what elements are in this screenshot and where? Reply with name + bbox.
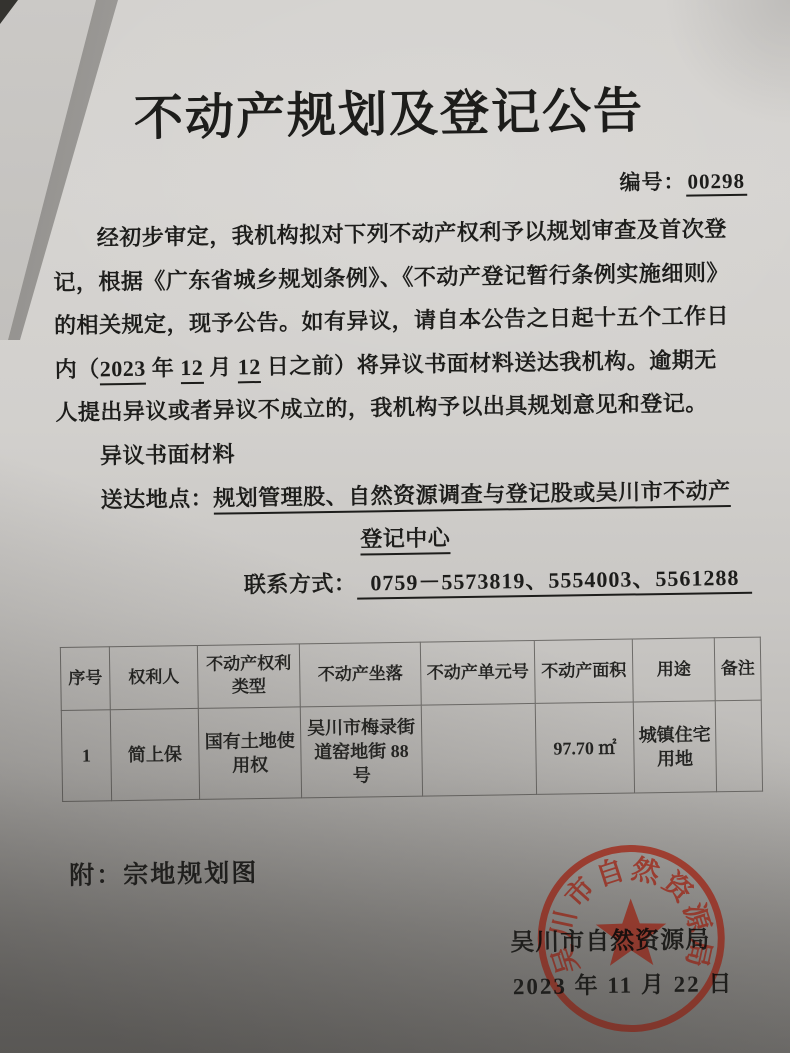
body-text: 记，根据《广东省城乡规划条例》、《不动产登记暂行条例实施细则》 (53, 260, 729, 295)
body-line: 联系方式：0759－5573819、5554003、5561288 (58, 555, 755, 609)
table-cell: 城镇住宅用地 (633, 701, 716, 793)
body-text: 年 (146, 355, 181, 381)
table-cell: 吴川市梅录街道窑地街 88 号 (300, 705, 422, 798)
notice-number-label: 编号： (619, 170, 685, 195)
notice-document: 不动产规划及登记公告 编号：00298 经初步审定，我机构拟对下列不动产权利予以… (0, 0, 790, 1053)
table-cell (715, 700, 762, 792)
table-row: 1简上保国有土地使用权吴川市梅录街道窑地街 88 号97.70 ㎡城镇住宅用地 (61, 700, 762, 801)
table-cell: 国有土地使用权 (198, 707, 301, 800)
body-text: 经初步审定，我机构拟对下列不动产权利予以规划审查及首次登 (97, 216, 727, 250)
column-header: 不动产坐落 (299, 642, 421, 707)
underlined-text: 12 (238, 354, 261, 383)
underlined-text: 规划管理股、自然资源调查与登记股或吴川市不动产 (213, 478, 731, 515)
table-cell (421, 703, 536, 796)
notice-number-value: 00298 (685, 169, 747, 197)
parcel-table: 序号权利人不动产权利类型不动产坐落不动产单元号不动产面积用途备注1简上保国有土地… (60, 637, 763, 802)
body-text: 人提出异议或者异议不成立的，我机构予以出具规划意见和登记。 (55, 391, 708, 426)
seal-ring-char: 自 (592, 854, 628, 893)
attachment-note: 附：宗地规划图 (69, 853, 259, 892)
table-cell: 简上保 (110, 708, 199, 800)
seal-ring-char: 源 (677, 899, 716, 936)
body-text: 联系方式： (244, 570, 357, 597)
official-seal: 吴川市自然资源局 (528, 835, 735, 1042)
underlined-text: 登记中心 (360, 525, 450, 555)
body-text: 内（ (55, 356, 100, 382)
column-header: 不动产面积 (534, 639, 633, 703)
table-cell: 97.70 ㎡ (535, 702, 634, 794)
underlined-text: 2023 (100, 355, 146, 385)
column-header: 备注 (714, 637, 761, 701)
star-icon (595, 898, 666, 966)
body-text: 送达地点： (100, 485, 213, 512)
body-text: 的相关规定，现予公告。如有异议，请自本公告之日起十五个工作日 (54, 303, 729, 338)
table-header-row: 序号权利人不动产权利类型不动产坐落不动产单元号不动产面积用途备注 (60, 637, 761, 710)
notice-body: 经初步审定，我机构拟对下列不动产权利予以规划审查及首次登记，根据《广东省城乡规划… (52, 207, 754, 610)
seal-ring-char: 川 (547, 907, 583, 941)
column-header: 序号 (60, 647, 110, 711)
page-title: 不动产规划及登记公告 (0, 70, 784, 152)
column-header: 用途 (632, 638, 715, 702)
column-header: 不动产单元号 (420, 640, 535, 705)
body-text: 月 (203, 354, 238, 380)
column-header: 权利人 (109, 645, 198, 709)
body-text: 异议书面材料 (100, 441, 235, 468)
notice-number: 编号：00298 (619, 165, 747, 197)
seal-ring-char: 局 (680, 936, 716, 970)
body-text: 日之前）将异议书面材料送达我机构。逾期无 (261, 347, 717, 379)
table-cell: 1 (61, 710, 111, 802)
underlined-text: 0759－5573819、5554003、5561288 (356, 564, 751, 599)
seal-ring-char: 吴 (546, 941, 585, 977)
underlined-text: 12 (180, 355, 203, 384)
column-header: 不动产权利类型 (197, 644, 300, 709)
seal-ring-char: 然 (629, 852, 664, 890)
